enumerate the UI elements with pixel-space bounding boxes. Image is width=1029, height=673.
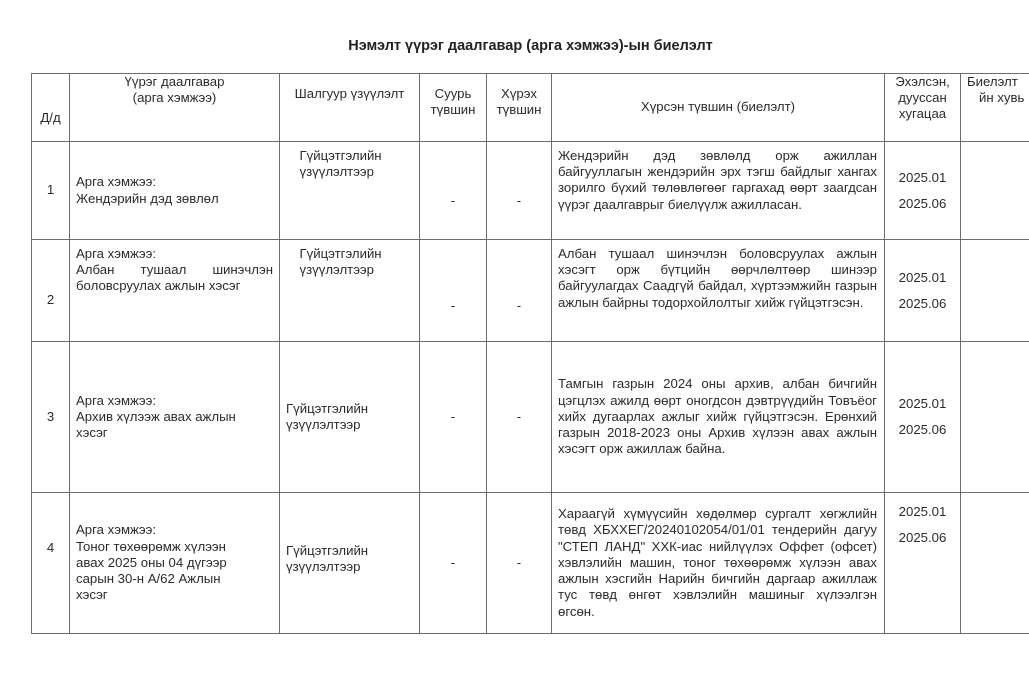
row-number: 1 <box>32 142 70 240</box>
header-criterion: Шалгуур үзүүлэлт <box>280 74 420 142</box>
table-row: 3 Арга хэмжээ: Архив хүлээж авах ажлын х… <box>32 342 1029 493</box>
header-number-text: Д/д <box>40 110 60 125</box>
result-cell: Албан тушаал шинэчлэн боловсруулах ажлын… <box>552 240 885 342</box>
task-text: Албан тушаал шинэчлэн боловсруулах ажлын… <box>76 262 273 294</box>
header-period-line1: Эхэлсэн, <box>885 74 960 90</box>
header-percent-line1: Биелэлт <box>967 74 1029 90</box>
criterion-cell: Гүйцэтгэлийн үзүүлэлтээр <box>280 142 420 240</box>
criterion-text: Гүйцэтгэлийн үзүүлэлтээр <box>286 543 386 575</box>
document-title: Нэмэлт үүрэг даалгавар (арга хэмжээ)-ын … <box>0 38 1029 54</box>
header-task-line2: (арга хэмжээ) <box>70 90 279 106</box>
criterion-text: Гүйцэтгэлийн үзүүлэлтээр <box>300 246 400 278</box>
start-date: 2025.01 <box>885 265 960 291</box>
header-base-level: Суурь түвшин <box>420 74 487 142</box>
criterion-cell: Гүйцэтгэлийн үзүүлэлтээр <box>280 342 420 493</box>
target-level-cell: - <box>487 240 552 342</box>
criterion-text: Гүйцэтгэлийн үзүүлэлтээр <box>300 148 400 180</box>
end-date: 2025.06 <box>885 525 960 551</box>
end-date: 2025.06 <box>885 191 960 217</box>
table-row: 1 Арга хэмжээ: Жендэрийн дэд зөвлөл Гүйц… <box>32 142 1029 240</box>
header-target-line2: түвшин <box>487 102 551 118</box>
header-target-line1: Хүрэх <box>487 86 551 102</box>
header-base-line1: Суурь <box>420 86 486 102</box>
row-number: 4 <box>32 493 70 634</box>
period-cell: 2025.01 2025.06 <box>885 342 961 493</box>
period-cell: 2025.01 2025.06 <box>885 142 961 240</box>
header-number: Д/д <box>32 74 70 142</box>
criterion-text: Гүйцэтгэлийн үзүүлэлтээр <box>286 401 386 433</box>
result-cell: Жендэрийн дэд зөвлөлд орж ажиллан байгуу… <box>552 142 885 240</box>
header-task-line1: Үүрэг даалгавар <box>70 74 279 90</box>
result-cell: Тамгын газрын 2024 оны архив, албан бичг… <box>552 342 885 493</box>
criterion-cell: Гүйцэтгэлийн үзүүлэлтээр <box>280 240 420 342</box>
task-label: Арга хэмжээ: <box>76 246 273 262</box>
percent-cell <box>961 342 1029 493</box>
percent-cell <box>961 240 1029 342</box>
task-cell: Арга хэмжээ: Албан тушаал шинэчлэн болов… <box>70 240 280 342</box>
start-date: 2025.01 <box>885 499 960 525</box>
task-text: Жендэрийн дэд зөвлөл <box>76 191 273 207</box>
target-level-cell: - <box>487 342 552 493</box>
target-level-cell: - <box>487 142 552 240</box>
task-label: Арга хэмжээ: <box>76 174 273 190</box>
table-row: 4 Арга хэмжээ: Тоног төхөөрөмж хүлээн ав… <box>32 493 1029 634</box>
criterion-cell: Гүйцэтгэлийн үзүүлэлтээр <box>280 493 420 634</box>
task-cell: Арга хэмжээ: Тоног төхөөрөмж хүлээн авах… <box>70 493 280 634</box>
header-achieved-level: Хүрсэн түвшин (биелэлт) <box>552 74 885 142</box>
percent-cell <box>961 493 1029 634</box>
table-header-row: Д/д Үүрэг даалгавар (арга хэмжээ) Шалгуу… <box>32 74 1029 142</box>
result-cell: Хараагүй хүмүүсийн хөдөлмөр сургалт хөгж… <box>552 493 885 634</box>
task-label: Арга хэмжээ: <box>76 522 273 538</box>
header-percent: Биелэлт йн хувь <box>961 74 1029 142</box>
task-label: Арга хэмжээ: <box>76 393 273 409</box>
start-date: 2025.01 <box>885 391 960 417</box>
base-level-cell: - <box>420 240 487 342</box>
period-cell: 2025.01 2025.06 <box>885 493 961 634</box>
header-task: Үүрэг даалгавар (арга хэмжээ) <box>70 74 280 142</box>
task-text: Архив хүлээж авах ажлын хэсэг <box>76 409 246 441</box>
base-level-cell: - <box>420 342 487 493</box>
task-text: Тоног төхөөрөмж хүлээн авах 2025 оны 04 … <box>76 539 246 604</box>
task-cell: Арга хэмжээ: Жендэрийн дэд зөвлөл <box>70 142 280 240</box>
end-date: 2025.06 <box>885 417 960 443</box>
implementation-table: Д/д Үүрэг даалгавар (арга хэмжээ) Шалгуу… <box>31 73 1029 634</box>
header-period-line3: хугацаа <box>885 106 960 122</box>
row-number: 2 <box>32 240 70 342</box>
percent-cell <box>961 142 1029 240</box>
period-cell: 2025.01 2025.06 <box>885 240 961 342</box>
base-level-cell: - <box>420 142 487 240</box>
header-target-level: Хүрэх түвшин <box>487 74 552 142</box>
header-criterion-text: Шалгуур үзүүлэлт <box>280 86 419 102</box>
base-level-cell: - <box>420 493 487 634</box>
target-level-cell: - <box>487 493 552 634</box>
header-percent-line2: йн хувь <box>967 90 1029 106</box>
header-achieved-text: Хүрсэн түвшин (биелэлт) <box>641 99 795 114</box>
task-cell: Арга хэмжээ: Архив хүлээж авах ажлын хэс… <box>70 342 280 493</box>
header-base-line2: түвшин <box>420 102 486 118</box>
start-date: 2025.01 <box>885 165 960 191</box>
header-period-line2: дууссан <box>885 90 960 106</box>
end-date: 2025.06 <box>885 291 960 317</box>
row-number: 3 <box>32 342 70 493</box>
header-period: Эхэлсэн, дууссан хугацаа <box>885 74 961 142</box>
table-row: 2 Арга хэмжээ: Албан тушаал шинэчлэн бол… <box>32 240 1029 342</box>
